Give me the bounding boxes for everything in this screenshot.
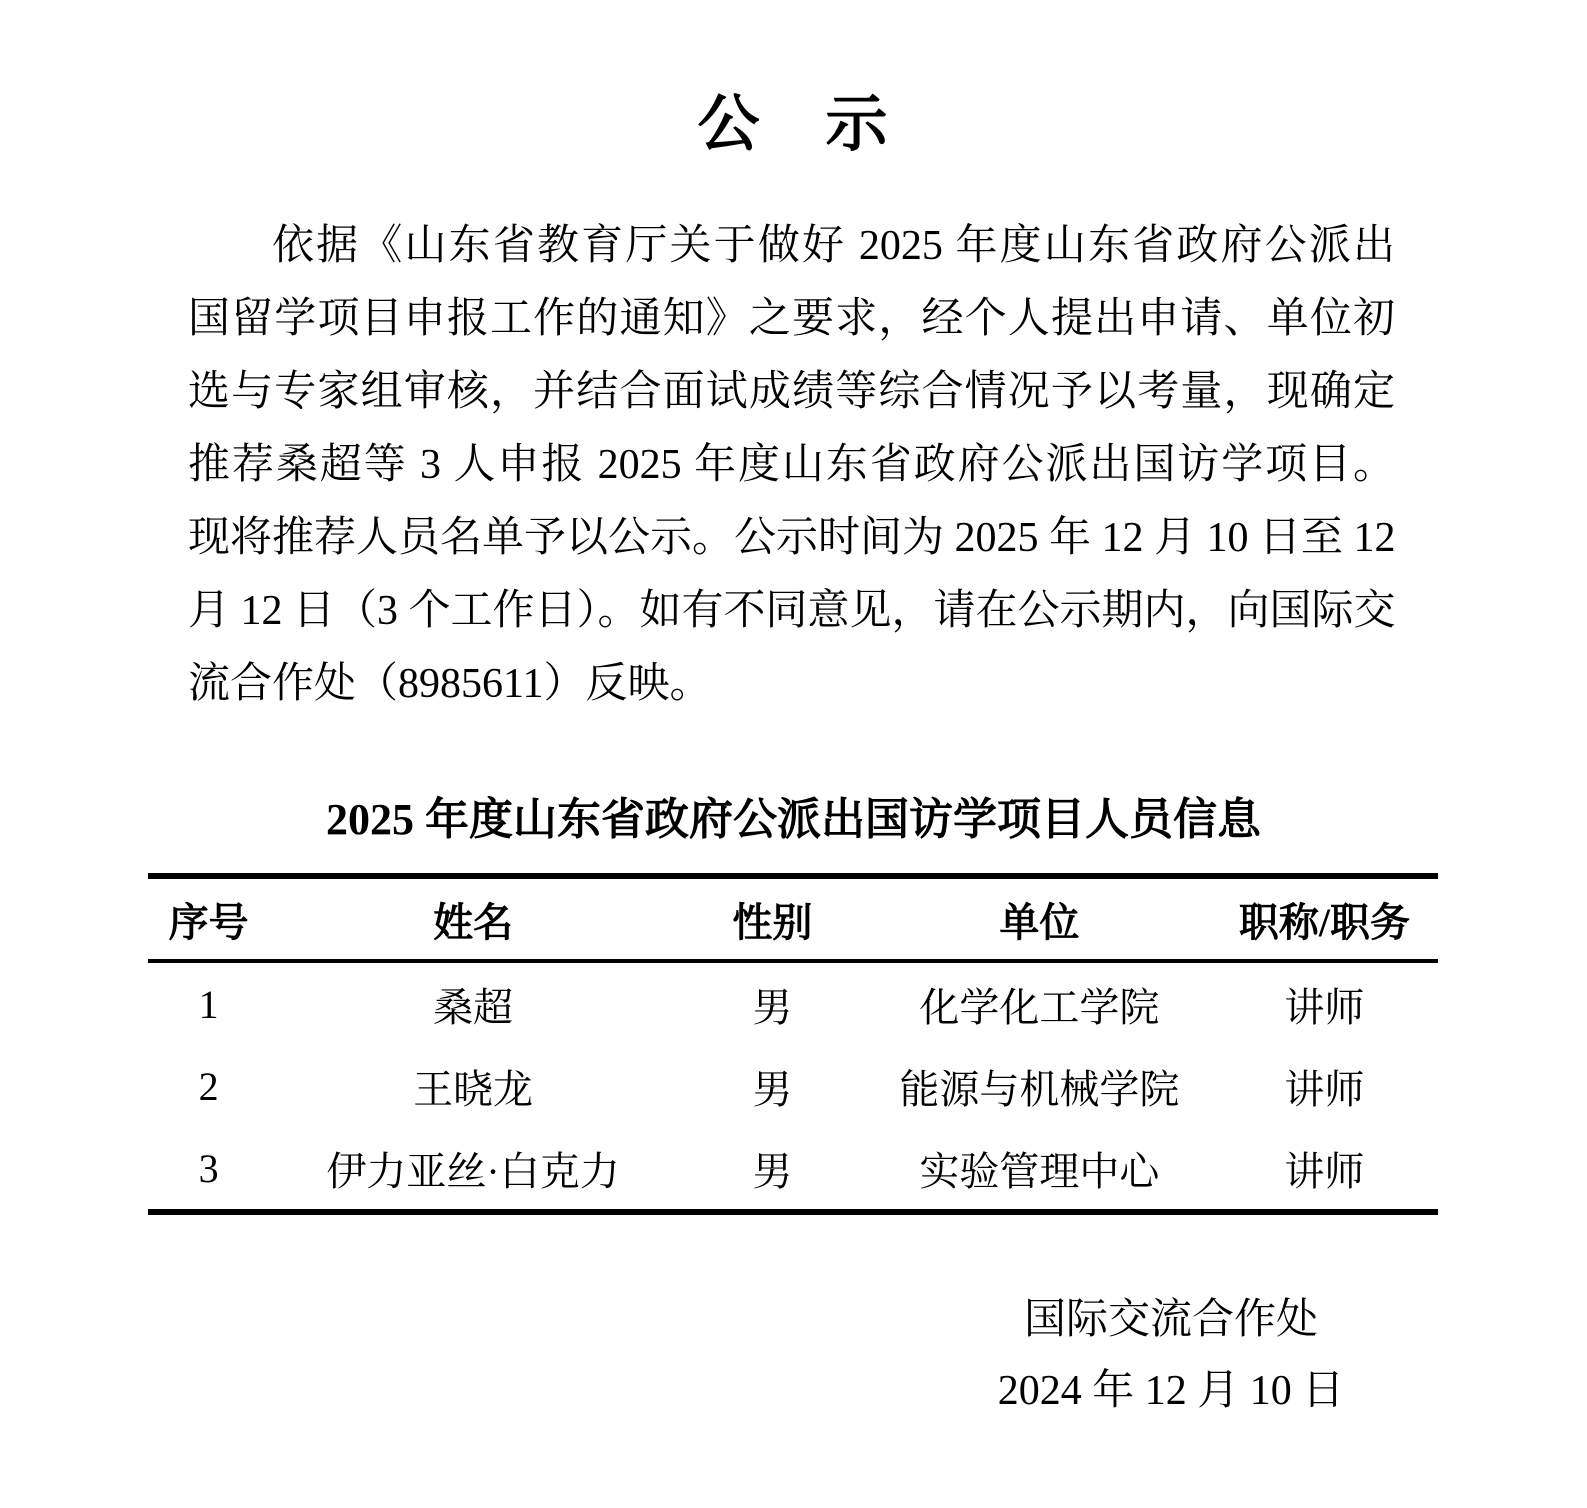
column-header-index: 序号 bbox=[148, 891, 269, 948]
cell-unit: 实验管理中心 bbox=[868, 1140, 1211, 1197]
table-row: 2 王晓龙 男 能源与机械学院 讲师 bbox=[148, 1045, 1438, 1127]
column-header-gender: 性别 bbox=[677, 891, 868, 948]
announcement-document: 公 示 依据《山东省教育厅关于做好 2025 年度山东省政府公派出 国留学项目申… bbox=[0, 0, 1587, 1508]
table-caption: 2025 年度山东省政府公派出国访学项目人员信息 bbox=[0, 792, 1587, 848]
cell-name: 伊力亚丝·白克力 bbox=[269, 1140, 677, 1197]
table-header-row: 序号 姓名 性别 单位 职称/职务 bbox=[148, 879, 1438, 963]
cell-title: 讲师 bbox=[1211, 1140, 1438, 1197]
paragraph-line: 国留学项目申报工作的通知》之要求，经个人提出申请、单位初 bbox=[188, 283, 1395, 356]
paragraph-line: 依据《山东省教育厅关于做好 2025 年度山东省政府公派出 bbox=[188, 210, 1395, 283]
signature-block: 国际交流合作处 2024 年 12 月 10 日 bbox=[921, 1285, 1421, 1427]
cell-gender: 男 bbox=[677, 1140, 868, 1197]
column-header-name: 姓名 bbox=[269, 891, 677, 948]
column-header-title: 职称/职务 bbox=[1211, 891, 1438, 948]
paragraph-line: 月 12 日（3 个工作日）。如有不同意见，请在公示期内，向国际交 bbox=[188, 575, 1395, 648]
cell-name: 桑超 bbox=[269, 976, 677, 1033]
cell-gender: 男 bbox=[677, 976, 868, 1033]
cell-index: 3 bbox=[148, 1145, 269, 1192]
paragraph-line: 选与专家组审核，并结合面试成绩等综合情况予以考量，现确定 bbox=[188, 356, 1395, 429]
cell-name: 王晓龙 bbox=[269, 1058, 677, 1115]
cell-unit: 能源与机械学院 bbox=[868, 1058, 1211, 1115]
paragraph-line: 现将推荐人员名单予以公示。公示时间为 2025 年 12 月 10 日至 12 bbox=[188, 502, 1395, 575]
paragraph-line: 推荐桑超等 3 人申报 2025 年度山东省政府公派出国访学项目。 bbox=[188, 429, 1395, 502]
cell-title: 讲师 bbox=[1211, 1058, 1438, 1115]
paragraph-line: 流合作处（8985611）反映。 bbox=[188, 648, 1395, 721]
table-row: 3 伊力亚丝·白克力 男 实验管理中心 讲师 bbox=[148, 1127, 1438, 1209]
page-title: 公 示 bbox=[0, 90, 1587, 161]
table-row: 1 桑超 男 化学化工学院 讲师 bbox=[148, 963, 1438, 1045]
cell-unit: 化学化工学院 bbox=[868, 976, 1211, 1033]
signature-date: 2024 年 12 月 10 日 bbox=[921, 1356, 1421, 1427]
column-header-unit: 单位 bbox=[868, 891, 1211, 948]
cell-gender: 男 bbox=[677, 1058, 868, 1115]
cell-index: 1 bbox=[148, 981, 269, 1028]
cell-index: 2 bbox=[148, 1063, 269, 1110]
signature-org: 国际交流合作处 bbox=[921, 1285, 1421, 1356]
cell-title: 讲师 bbox=[1211, 976, 1438, 1033]
announcement-paragraph: 依据《山东省教育厅关于做好 2025 年度山东省政府公派出 国留学项目申报工作的… bbox=[188, 210, 1395, 721]
personnel-table: 序号 姓名 性别 单位 职称/职务 1 桑超 男 化学化工学院 讲师 2 王晓龙… bbox=[148, 873, 1438, 1215]
